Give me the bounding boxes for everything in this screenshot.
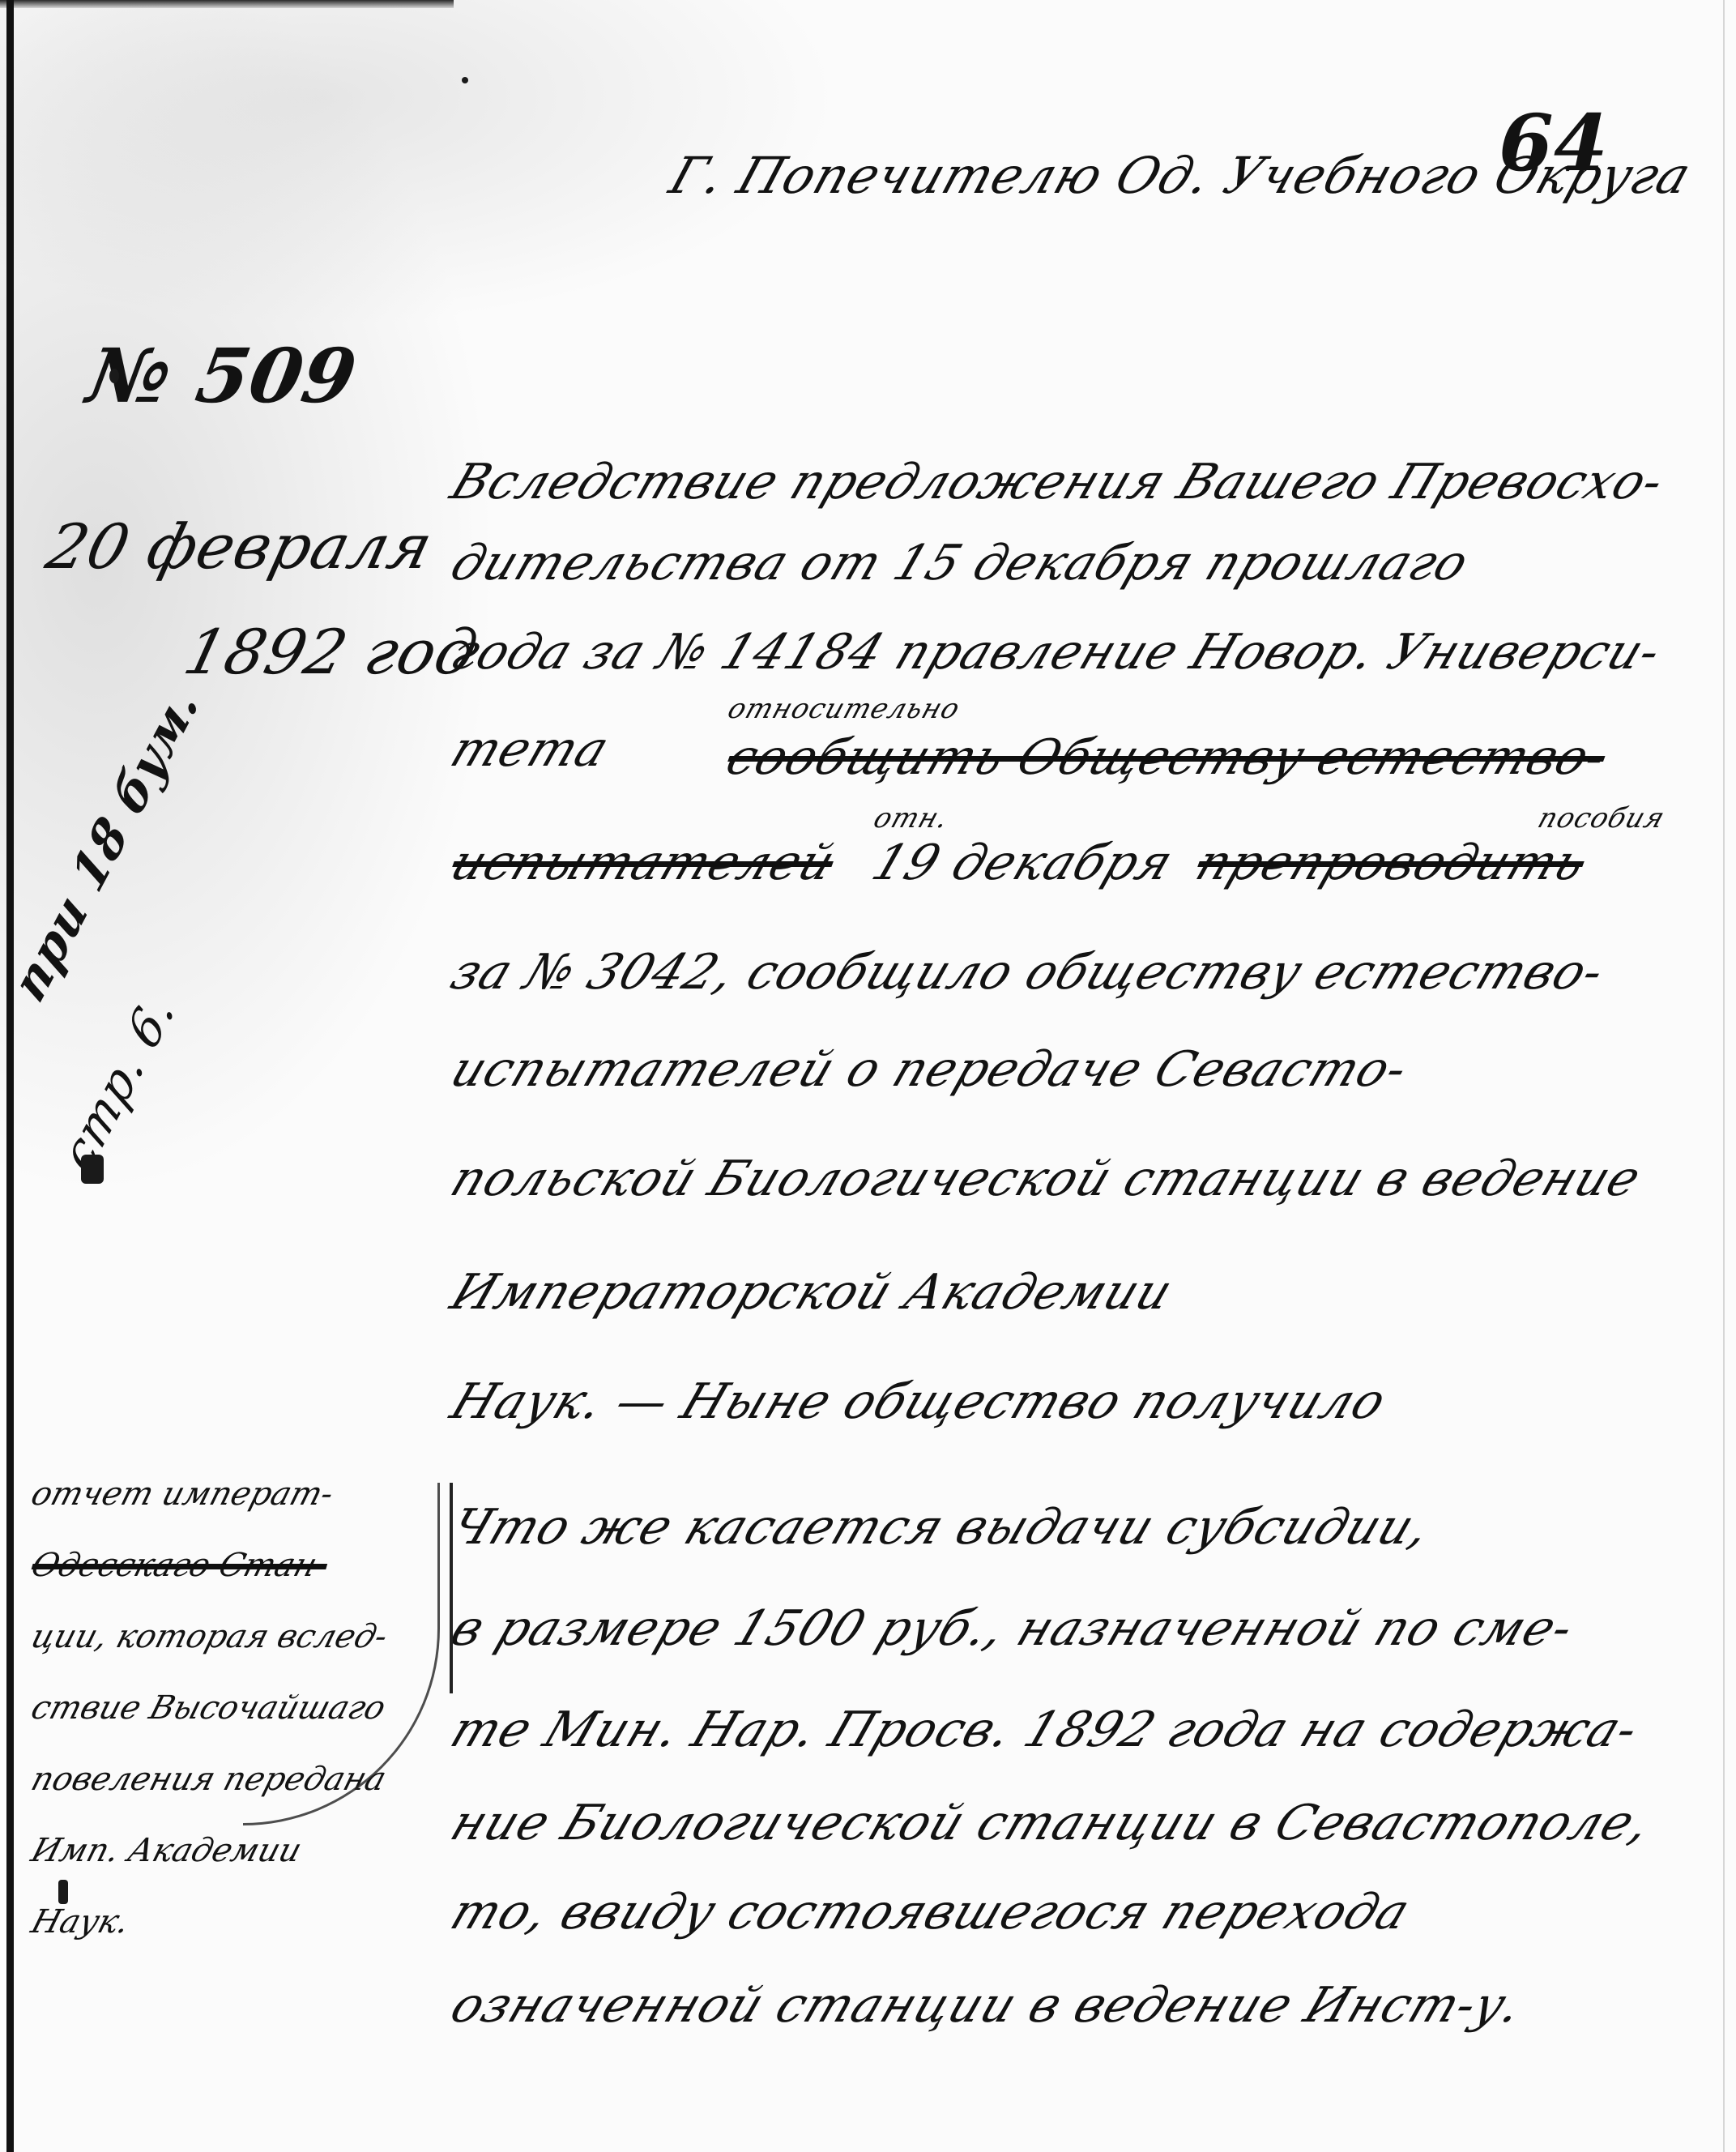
ink-blot [58, 1880, 68, 1904]
body-line-4: тета [443, 721, 617, 778]
document-page: 64 Г. Попечителю Од. Учебного Округа № 5… [0, 0, 1736, 2152]
body-line-9: Императорской Академии [443, 1264, 1180, 1321]
ink-blot [109, 369, 119, 383]
body-line-10: Наук. — Ныне общество получило [443, 1373, 1394, 1430]
margin-note-pages: стр. 6. [52, 982, 186, 1183]
body-line-7: испытателей о передаче Севасто- [443, 1041, 1416, 1098]
body-line-1: Вследствие предложения Вашего Превосхо- [443, 454, 1672, 510]
body-line-3: года за № 14184 правление Новор. Универс… [443, 624, 1669, 681]
scan-top-edge-shadow [0, 0, 454, 8]
body-line-13: те Мин. Нар. Просв. 1892 года на содержа… [443, 1702, 1646, 1758]
scan-left-edge-border [6, 0, 14, 2152]
body-line-14: ние Биологической станции в Севастополе, [443, 1795, 1659, 1851]
body-line-8: польской Биологической станции в ведение [443, 1151, 1649, 1207]
scan-right-edge-border [1723, 0, 1725, 2152]
addressee-heading: Г. Попечителю Од. Учебного Округа [663, 146, 1699, 205]
body-line-12: в размере 1500 руб., назначенной по сме- [443, 1600, 1581, 1657]
struck-text-line-5a: испытателей [443, 835, 843, 891]
margin-note-line: Имп. Академии [22, 1815, 463, 1886]
ink-speck [462, 77, 468, 83]
correction-insert-line-5a: отн. [870, 802, 953, 835]
correction-insert-line-5b: пособия [1534, 802, 1670, 835]
body-line-11: Что же касается выдачи субсидии, [443, 1499, 1439, 1556]
struck-text-line-5b: препроводить [1188, 835, 1593, 891]
body-line-16: означенной станции в ведение Инст-у. [443, 1977, 1531, 2034]
insertion-bracket-line [450, 1483, 469, 1693]
body-line-6: за № 3042, сообщило обществу естество- [443, 944, 1612, 1001]
correction-insert-line-4: относительно [724, 693, 965, 725]
body-line-15: то, ввиду состоявшегося перехода [443, 1884, 1418, 1941]
ink-blot [81, 1155, 104, 1184]
body-line-5: 19 декабря [864, 835, 1181, 891]
registration-number: № 509 [81, 332, 363, 420]
date-day-month: 20 февраля [40, 510, 440, 583]
margin-note-attachment: при 18 бум. [3, 675, 209, 1013]
date-year: 1892 год [177, 616, 485, 688]
body-line-2: дительства от 15 декабря прошлаго [443, 535, 1477, 591]
margin-note-line: Наук. [22, 1886, 463, 1958]
struck-text-line-4: сообщить Обществу естество- [719, 729, 1614, 786]
